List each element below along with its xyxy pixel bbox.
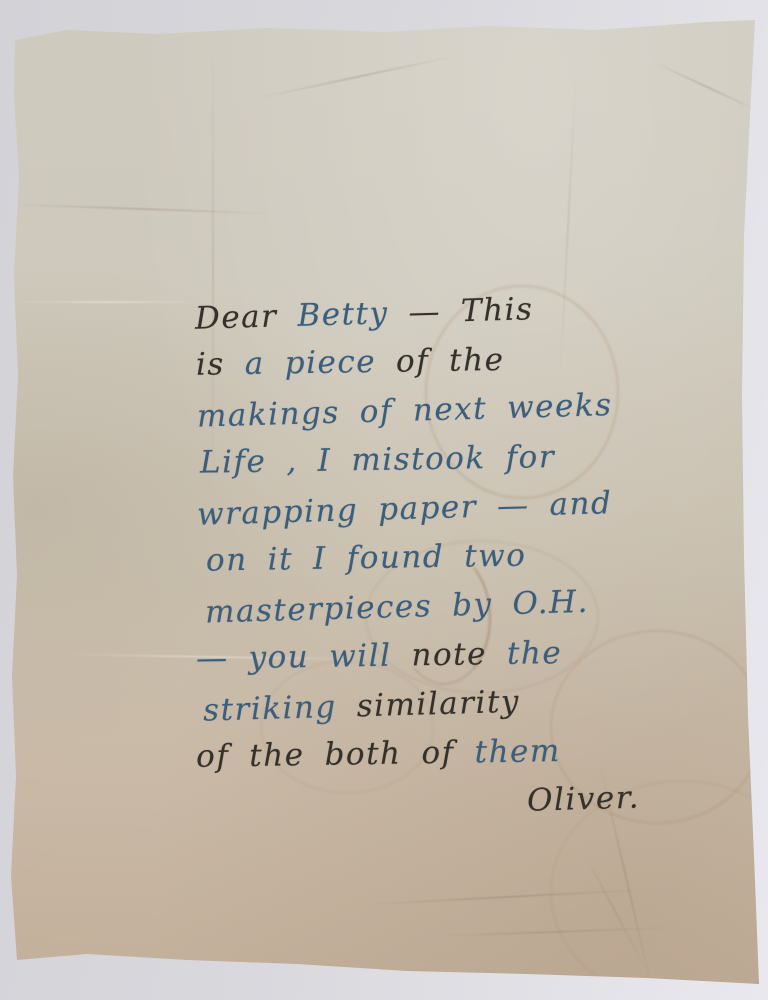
letter-paper: DearBetty—Thisisapieceofthemakingsofnext… [7, 16, 759, 991]
letter-word: I [317, 443, 331, 479]
crease-highlight [7, 301, 207, 303]
photo-background: DearBetty—Thisisapieceofthemakingsofnext… [0, 0, 768, 1000]
letter-word: Oliver. [527, 780, 641, 819]
letter-word: next [412, 391, 487, 429]
letter-word: and [549, 485, 613, 523]
letter-word: , [286, 443, 298, 479]
letter-word: by [452, 587, 493, 624]
letter-word: weeks [507, 387, 613, 426]
letter-word: on [206, 542, 248, 579]
letter-word: of [421, 735, 455, 772]
letter-word: two [464, 538, 527, 575]
crease-line [427, 927, 677, 938]
letter-word: a [244, 346, 265, 382]
crease-line [259, 55, 455, 99]
letter-word: note [411, 636, 487, 673]
letter-word: — [497, 487, 530, 524]
letter-word: found [346, 539, 444, 577]
letter-word: is [196, 346, 225, 382]
letter-word: of [359, 393, 393, 430]
letter-word: will [329, 638, 392, 675]
letter-word: piece [284, 344, 376, 381]
letter-word: I [313, 541, 327, 577]
letter-word: the [449, 342, 505, 379]
letter-word: them [474, 733, 561, 770]
crease-line [357, 888, 657, 906]
letter-word: it [267, 541, 293, 577]
letter-word: Life [200, 444, 267, 481]
letter-word: for [505, 439, 555, 476]
letter-word: Dear [194, 298, 277, 336]
letter-word: Betty [297, 295, 389, 334]
crease-line [652, 61, 762, 114]
letter-word: — [408, 294, 441, 331]
letter-line: Oliver. [526, 772, 687, 825]
letter-word: of [396, 343, 430, 380]
letter-word: of [196, 738, 230, 775]
letter-word: similarity [356, 684, 520, 725]
letter-word: wrapping [197, 492, 359, 532]
crease-line [7, 203, 277, 214]
letter-word: both [324, 736, 401, 773]
letter-word: the [507, 635, 563, 672]
letter-word: makings [196, 395, 340, 435]
letter-text: DearBetty—Thisisapieceofthemakingsofnext… [186, 283, 687, 832]
letter-word: you [248, 639, 309, 676]
letter-word: O.H. [512, 584, 589, 622]
letter-word: — [196, 640, 229, 677]
letter-word: striking [203, 689, 338, 729]
letter-word: mistook [351, 440, 486, 478]
letter-word: paper [378, 489, 478, 528]
crease-line [582, 851, 645, 967]
letter-word: the [249, 737, 305, 774]
letter-word: This [460, 291, 533, 329]
letter-word: masterpieces [205, 588, 433, 630]
